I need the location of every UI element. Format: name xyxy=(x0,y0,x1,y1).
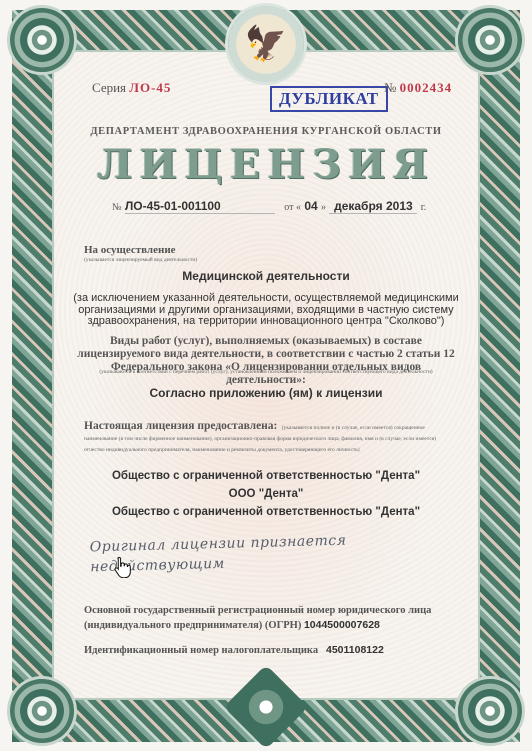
works-note: (указываются в соответствии с перечнем р… xyxy=(70,369,462,376)
date-from-label: от « xyxy=(284,202,301,213)
license-number: ЛО-45-01-001100 xyxy=(125,199,221,213)
grantee-brand-name: Общество с ограниченной ответственностью… xyxy=(70,506,462,518)
activity-value: Медицинской деятельности xyxy=(70,269,462,283)
license-document: 🦅 Серия ЛО-45 ДУБЛИКАТ № 0002434 ДЕПАРТА… xyxy=(0,0,532,751)
grantee-block: Настоящая лицензия предоставлена: (указы… xyxy=(84,421,454,454)
grantee-label: Настоящая лицензия предоставлена: xyxy=(84,420,277,432)
ogrn-label-line-2: (индивидуального предпринимателя) (ОГРН) xyxy=(84,620,301,631)
ogrn-block: Основной государственный регистрационный… xyxy=(84,604,431,633)
date-close: » xyxy=(321,202,326,213)
date-suffix: г. xyxy=(421,202,426,213)
grantee-short-name: ООО "Дента" xyxy=(70,488,462,500)
ogrn-label-line-1: Основной государственный регистрационный… xyxy=(84,604,431,618)
number-label: № xyxy=(384,80,396,95)
activity-label: На осуществление xyxy=(84,244,176,256)
page-title: ЛИЦЕНЗИЯ xyxy=(0,141,532,188)
corner-rosette-icon xyxy=(10,8,74,72)
inn-value: 4501108122 xyxy=(326,644,384,656)
activity-exclusion: (за исключением указанной деятельности, … xyxy=(70,293,462,328)
department-name: ДЕПАРТАМЕНТ ЗДРАВООХРАНЕНИЯ КУРГАНСКОЙ О… xyxy=(0,126,532,137)
series-value: ЛО-45 xyxy=(129,80,171,95)
corner-rosette-icon xyxy=(10,679,74,743)
grantee-full-name: Общество с ограниченной ответственностью… xyxy=(70,470,462,482)
series: Серия ЛО-45 xyxy=(92,80,171,96)
inn-label: Идентификационный номер налогоплательщик… xyxy=(84,645,318,656)
ogrn-value: 1044500007628 xyxy=(304,619,380,631)
license-number-line: № ЛО-45-01-001100 от « 04 » декабря 2013… xyxy=(112,199,432,214)
hand-pointer-cursor-icon xyxy=(114,556,132,578)
corner-rosette-icon xyxy=(458,679,522,743)
date-month-year: декабря 2013 xyxy=(334,199,413,213)
russian-coat-of-arms-icon: 🦅 xyxy=(228,6,304,82)
works-value: Согласно приложению (ям) к лицензии xyxy=(70,386,462,400)
duplicate-stamp: ДУБЛИКАТ xyxy=(270,86,388,112)
works-text: Виды работ (услуг), выполняемых (оказыва… xyxy=(70,335,462,387)
blank-number: № 0002434 xyxy=(384,80,452,96)
corner-rosette-icon xyxy=(458,8,522,72)
activity-note: (указывается лицензируемый вид деятельно… xyxy=(84,257,197,263)
license-number-label: № xyxy=(112,202,122,213)
number-value: 0002434 xyxy=(400,80,453,95)
series-label: Серия xyxy=(92,80,126,95)
date-day: 04 xyxy=(304,199,317,213)
